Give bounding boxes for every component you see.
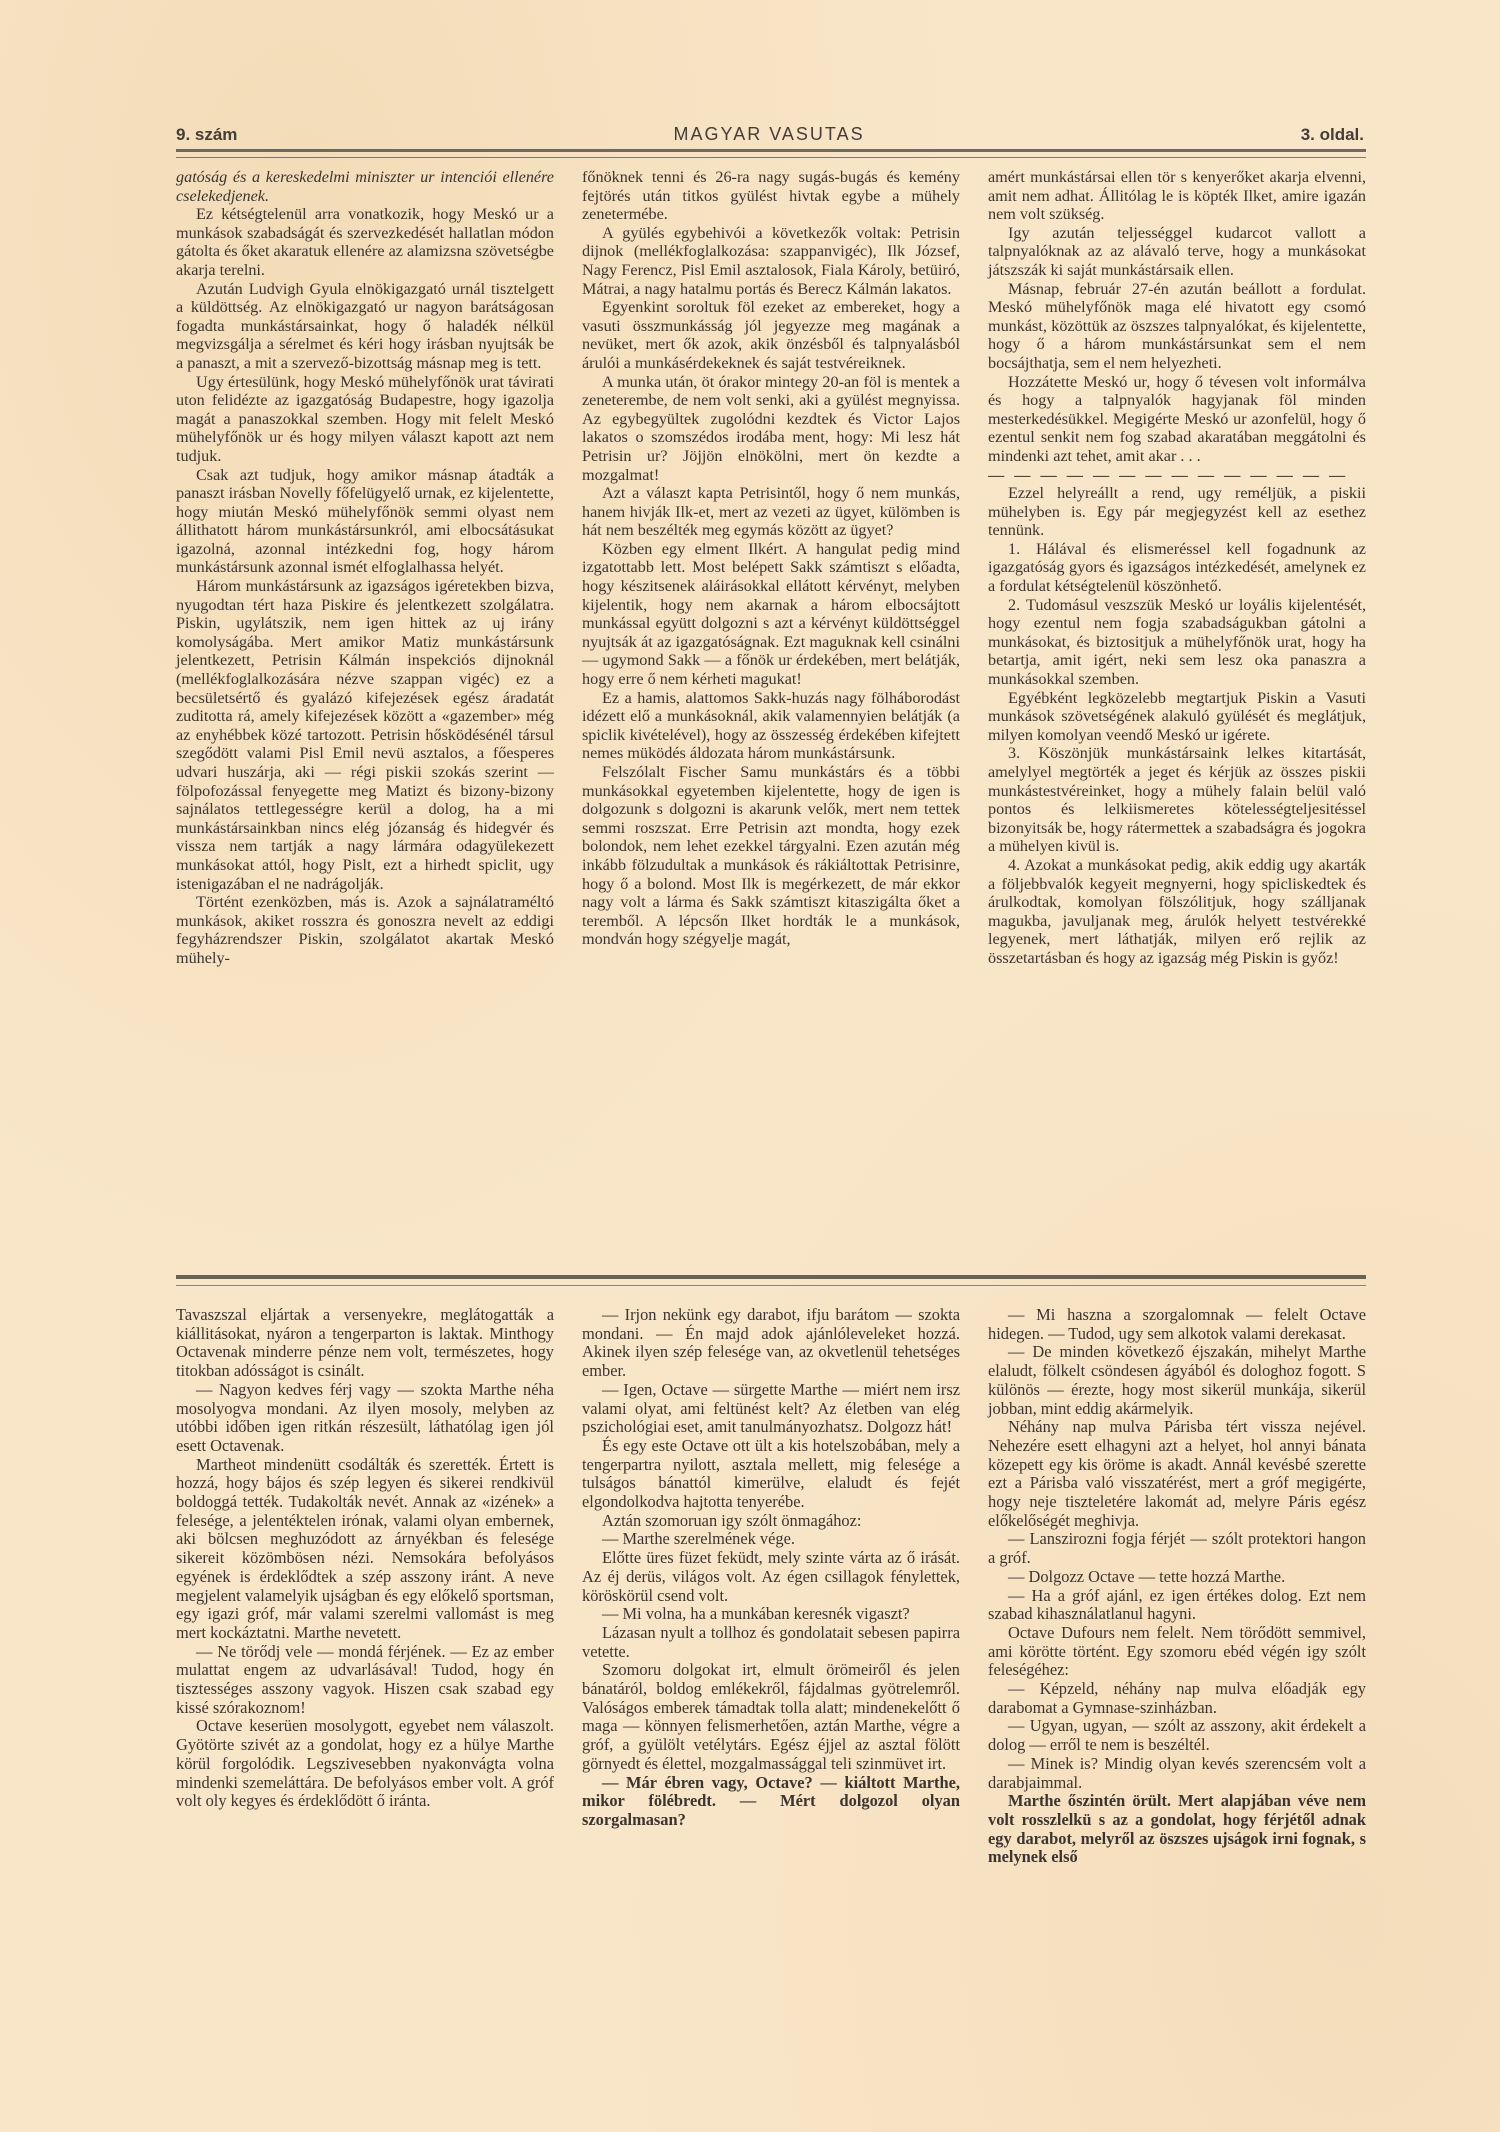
article-column-3: amért munkástársai ellen tör s kenyerőke…	[988, 168, 1366, 1298]
paragraph: Történt ezenközben, más is. Azok a sajná…	[176, 893, 554, 967]
paragraph: Felszólalt Fischer Samu munkástárs és a …	[582, 763, 960, 949]
paragraph: — Igen, Octave — sürgette Marthe — miért…	[582, 1381, 960, 1437]
paragraph: Hozzátette Meskó ur, hogy ő tévesen volt…	[988, 373, 1366, 466]
paragraph: amért munkástársai ellen tör s kenyerőke…	[988, 168, 1366, 224]
paragraph: Azt a választ kapta Petrisintől, hogy ő …	[582, 484, 960, 540]
paragraph: Csak azt tudjuk, hogy amikor másnap átad…	[176, 466, 554, 578]
story-column-1: Tavaszszal eljártak a versenyekre, meglá…	[176, 1306, 554, 1867]
paragraph: — Irjon nekünk egy darabot, ifju barátom…	[582, 1306, 960, 1381]
paragraph: Ugy értesülünk, hogy Meskó mühelyfőnök u…	[176, 373, 554, 466]
story-column-3: — Mi haszna a szorgalomnak — felelt Octa…	[988, 1306, 1366, 1867]
paragraph: Egyenkint soroltuk föl ezeket az emberek…	[582, 298, 960, 372]
paragraph: — Már ébren vagy, Octave? — kiáltott Mar…	[582, 1774, 960, 1830]
paragraph: — Képzeld, néhány nap mulva előadják egy…	[988, 1680, 1366, 1717]
story-section: Tavaszszal eljártak a versenyekre, meglá…	[176, 1306, 1366, 1867]
paragraph: Ezzel helyreállt a rend, ugy reméljük, a…	[988, 484, 1366, 540]
paragraph: Egyébként legközelebb megtartjuk Piskin …	[988, 689, 1366, 745]
article-column-1: gatóság és a kereskedelmi miniszter ur i…	[176, 168, 554, 1298]
running-head: 9. szám MAGYAR VASUTAS 3. oldal.	[176, 124, 1366, 149]
paragraph: Szomoru dolgokat irt, elmult örömeiről é…	[582, 1661, 960, 1773]
paragraph: Octave Dufours nem felelt. Nem törődött …	[988, 1624, 1366, 1680]
section-divider-rule	[176, 1275, 1366, 1286]
paragraph: — Ugyan, ugyan, — szólt az asszony, akit…	[988, 1717, 1366, 1754]
paragraph: A munka után, öt órakor mintegy 20-an fö…	[582, 373, 960, 485]
paragraph: Előtte üres füzet feküdt, mely szinte vá…	[582, 1549, 960, 1605]
paragraph: Martheot mindenütt csodálták és szeretté…	[176, 1456, 554, 1643]
paragraph: — — — — — — — — — — — — — —	[988, 466, 1366, 485]
issue-number: 9. szám	[176, 125, 237, 145]
paragraph: — De minden következő éjszakán, mihelyt …	[988, 1343, 1366, 1418]
paragraph: És egy este Octave ott ült a kis hotelsz…	[582, 1437, 960, 1512]
paragraph: Közben egy elment Ilkért. A hangulat ped…	[582, 540, 960, 689]
paragraph: Három munkástársunk az igazságos igérete…	[176, 577, 554, 893]
paragraph: — Nagyon kedves férj vagy — szokta Marth…	[176, 1381, 554, 1456]
paragraph: — Minek is? Mindig olyan kevés szerencsé…	[988, 1755, 1366, 1792]
paragraph: — Ha a gróf ajánl, ez igen értékes dolog…	[988, 1587, 1366, 1624]
paragraph: 3. Köszönjük munkástársaink lelkes kitar…	[988, 744, 1366, 856]
article-column-2: főnöknek tenni és 26-ra nagy sugás-bugás…	[582, 168, 960, 1298]
paragraph: Ez a hamis, alattomos Sakk-huzás nagy fö…	[582, 689, 960, 763]
paragraph: — Marthe szerelmének vége.	[582, 1530, 960, 1549]
paragraph: Azután Ludvigh Gyula elnökigazgató urnál…	[176, 280, 554, 373]
masthead-title: MAGYAR VASUTAS	[674, 124, 865, 145]
paragraph: Másnap, február 27-én azután beállott a …	[988, 280, 1366, 373]
paragraph: Octave keserüen mosolygott, egyebet nem …	[176, 1717, 554, 1811]
header-rule	[176, 149, 1366, 158]
page-number: 3. oldal.	[1301, 125, 1364, 145]
paragraph: — Dolgozz Octave — tette hozzá Marthe.	[988, 1568, 1366, 1587]
paragraph: Tavaszszal eljártak a versenyekre, meglá…	[176, 1306, 554, 1381]
paragraph: — Ne törődj vele — mondá férjének. — Ez …	[176, 1643, 554, 1718]
paragraph: — Mi haszna a szorgalomnak — felelt Octa…	[988, 1306, 1366, 1343]
paragraph: — Mi volna, ha a munkában keresnék vigas…	[582, 1605, 960, 1624]
newspaper-page: 9. szám MAGYAR VASUTAS 3. oldal. gatóság…	[176, 124, 1366, 1298]
paragraph: Néhány nap mulva Párisba tért vissza nej…	[988, 1418, 1366, 1530]
story-column-2: — Irjon nekünk egy darabot, ifju barátom…	[582, 1306, 960, 1867]
paragraph: Igy azután teljességgel kudarcot vallott…	[988, 224, 1366, 280]
paragraph: A gyülés egybehivói a következők voltak:…	[582, 224, 960, 298]
paragraph: Aztán szomoruan igy szólt önmagához:	[582, 1512, 960, 1531]
paragraph: 1. Hálával és elismeréssel kell fogadnun…	[988, 540, 1366, 596]
article-section: gatóság és a kereskedelmi miniszter ur i…	[176, 168, 1366, 1298]
paragraph: — Lanszirozni fogja férjét — szólt prote…	[988, 1530, 1366, 1567]
paragraph: Marthe őszintén örült. Mert alapjában vé…	[988, 1792, 1366, 1867]
paragraph: 2. Tudomásul veszszük Meskó ur loyális k…	[988, 596, 1366, 689]
paragraph: Ez kétségtelenül arra vonatkozik, hogy M…	[176, 205, 554, 279]
paragraph: Lázasan nyult a tollhoz és gondolatait s…	[582, 1624, 960, 1661]
paragraph: 4. Azokat a munkásokat pedig, akik eddig…	[988, 856, 1366, 968]
paragraph: főnöknek tenni és 26-ra nagy sugás-bugás…	[582, 168, 960, 224]
paragraph: gatóság és a kereskedelmi miniszter ur i…	[176, 168, 554, 205]
